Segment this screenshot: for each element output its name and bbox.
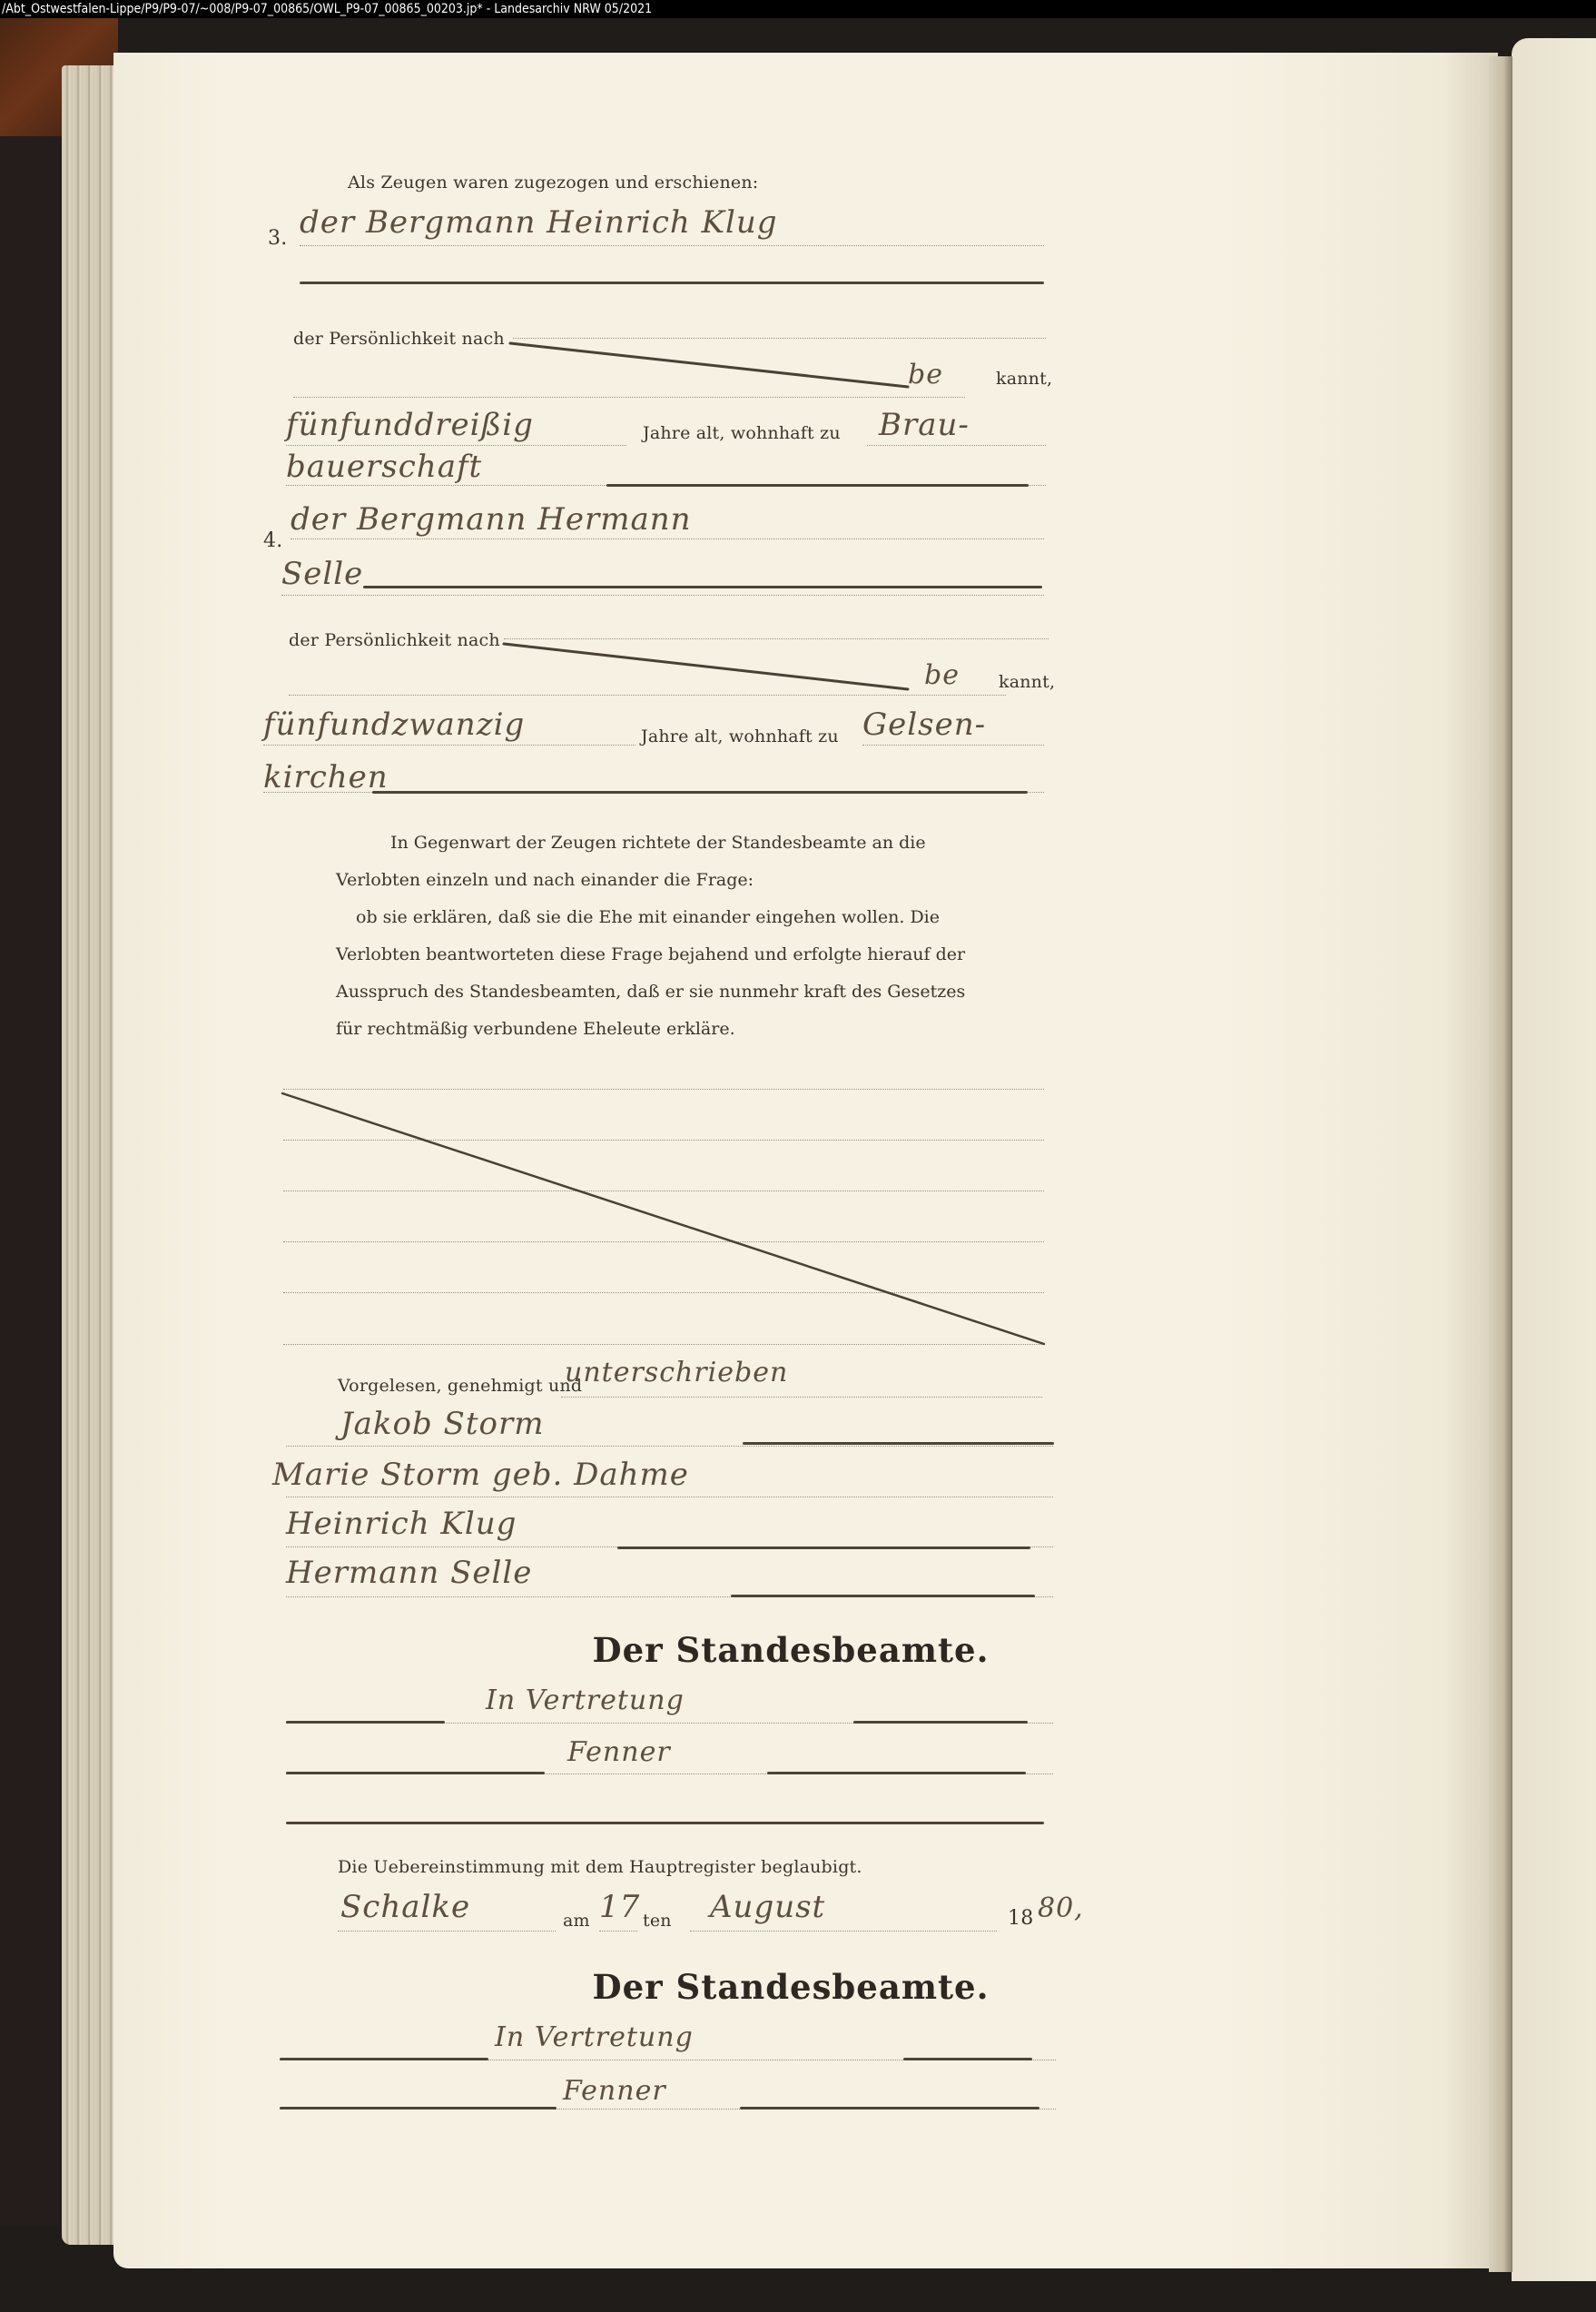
witness-4-age-label: Jahre alt, wohnhaft zu [641,726,839,746]
dotted-line [293,397,965,398]
witness-3-name: der Bergmann Heinrich Klug [300,204,778,241]
window-title: /Abt_Ostwestfalen-Lippe/P9/P9-07/~008/P9… [2,2,652,16]
witness-4-age: fünfundzwanzig [263,706,525,743]
dotted-line [283,1241,1044,1242]
witness-3-residence-1: Brau- [879,407,970,443]
ceremony-line-3: ob sie erklären, daß sie die Ehe mit ein… [336,899,1044,936]
ceremony-line-6: für rechtmäßig verbundene Eheleute erklä… [336,1011,1044,1048]
fill-line [767,1772,1026,1774]
dotted-line [281,595,1044,596]
ceremony-line-4: Verlobten beantworteten diese Frage beja… [336,936,1044,973]
signature-2: Marie Storm geb. Dahme [272,1457,689,1493]
dotted-line [513,338,1046,339]
certification-ten-label: ten [643,1911,672,1931]
dotted-line [286,1446,1053,1447]
page-stack-edges [62,65,114,2245]
dotted-line [599,1931,637,1932]
ceremony-line-5: Ausspruch des Standesbeamten, daß er sie… [336,973,1044,1011]
signature-1: Jakob Storm [340,1406,544,1442]
certification-year-prefix: 18 [1008,1907,1033,1930]
certification-am-label: am [563,1911,590,1931]
registrar-signature-line-1: In Vertretung [486,1685,685,1716]
certification-month: August [710,1889,825,1925]
dotted-line [867,445,1046,446]
registrar2-signature-line-2: Fenner [563,2075,666,2107]
signature-3: Heinrich Klug [286,1506,517,1542]
witness-3-known-suffix: kannt, [996,369,1052,389]
fill-line [300,282,1044,284]
fill-line [853,1721,1028,1724]
window-title-bar: /Abt_Ostwestfalen-Lippe/P9/P9-07/~008/P9… [0,0,1596,18]
approval-handwritten: unterschrieben [565,1357,788,1388]
dotted-line [300,245,1044,246]
dotted-line [289,695,1006,696]
registrar-heading: Der Standesbeamte. [0,1630,1589,1670]
registrar-heading-2: Der Standesbeamte. [0,1967,1589,2007]
witness-3-age-label: Jahre alt, wohnhaft zu [643,423,841,443]
witness-4-name-2: Selle [281,556,363,592]
witness-3-known-prefix: be [908,359,943,390]
dotted-line [283,1140,1044,1141]
witness-4-residence-1: Gelsen- [862,706,986,743]
approval-label: Vorgelesen, genehmigt und [338,1376,582,1396]
dotted-line [338,1931,556,1932]
fill-line [286,1822,1044,1824]
fill-line [740,2107,1039,2109]
witness-3-personality-label: der Persönlichkeit nach [293,329,505,349]
dotted-line [690,1931,997,1932]
fill-line [617,1546,1030,1549]
fill-line [731,1595,1035,1597]
dotted-line [862,745,1044,746]
dotted-line [283,1292,1044,1293]
dotted-line [283,1191,1044,1191]
fill-line [606,484,1029,487]
book-cover-left [0,136,68,2225]
fill-line [280,2107,557,2109]
witness-3-number: 3. [268,227,287,250]
fill-line [903,2058,1032,2060]
signature-4: Hermann Selle [286,1555,532,1591]
registrar-signature-line-2: Fenner [567,1736,671,1768]
witness-4-residence-2: kirchen [263,759,389,795]
fill-line [363,586,1042,588]
certification-year-suffix: 80, [1038,1892,1084,1924]
witness-4-number: 4. [263,529,282,552]
facing-page [1512,38,1596,2281]
ceremony-line-1: In Gegenwart der Zeugen richtete der Sta… [336,825,1044,862]
document-page [113,53,1498,2268]
certification-label: Die Uebereinstimmung mit dem Hauptregist… [338,1857,862,1877]
registrar2-signature-line-1: In Vertretung [495,2021,694,2053]
witness-4-personality-label: der Persönlichkeit nach [289,630,500,650]
witness-4-known-prefix: be [924,659,960,691]
dotted-line [263,745,635,746]
dotted-line [283,1344,1044,1345]
witness-3-age: fünfunddreißig [286,407,534,443]
witnesses-heading: Als Zeugen waren zugezogen und erschiene… [348,173,758,193]
book-gutter [1489,56,1512,2272]
witness-4-known-suffix: kannt, [999,672,1055,692]
witness-3-residence-2: bauerschaft [286,449,482,485]
certification-day: 17 [599,1889,640,1925]
dotted-line [561,1397,1042,1398]
certification-place: Schalke [340,1889,470,1925]
dotted-line [504,638,1049,639]
fill-line [286,1721,445,1724]
dotted-line [283,1089,1044,1090]
dotted-line [286,445,626,446]
ceremony-line-2: Verlobten einzeln und nach einander die … [336,862,1044,899]
fill-line [743,1442,1054,1445]
fill-line [372,791,1028,794]
dotted-line [291,538,1044,539]
witness-4-name: der Bergmann Hermann [291,501,692,538]
fill-line [280,2058,488,2060]
fill-line [286,1772,545,1774]
dotted-line [286,1497,1053,1497]
ceremony-paragraph: In Gegenwart der Zeugen richtete der Sta… [336,825,1044,1048]
